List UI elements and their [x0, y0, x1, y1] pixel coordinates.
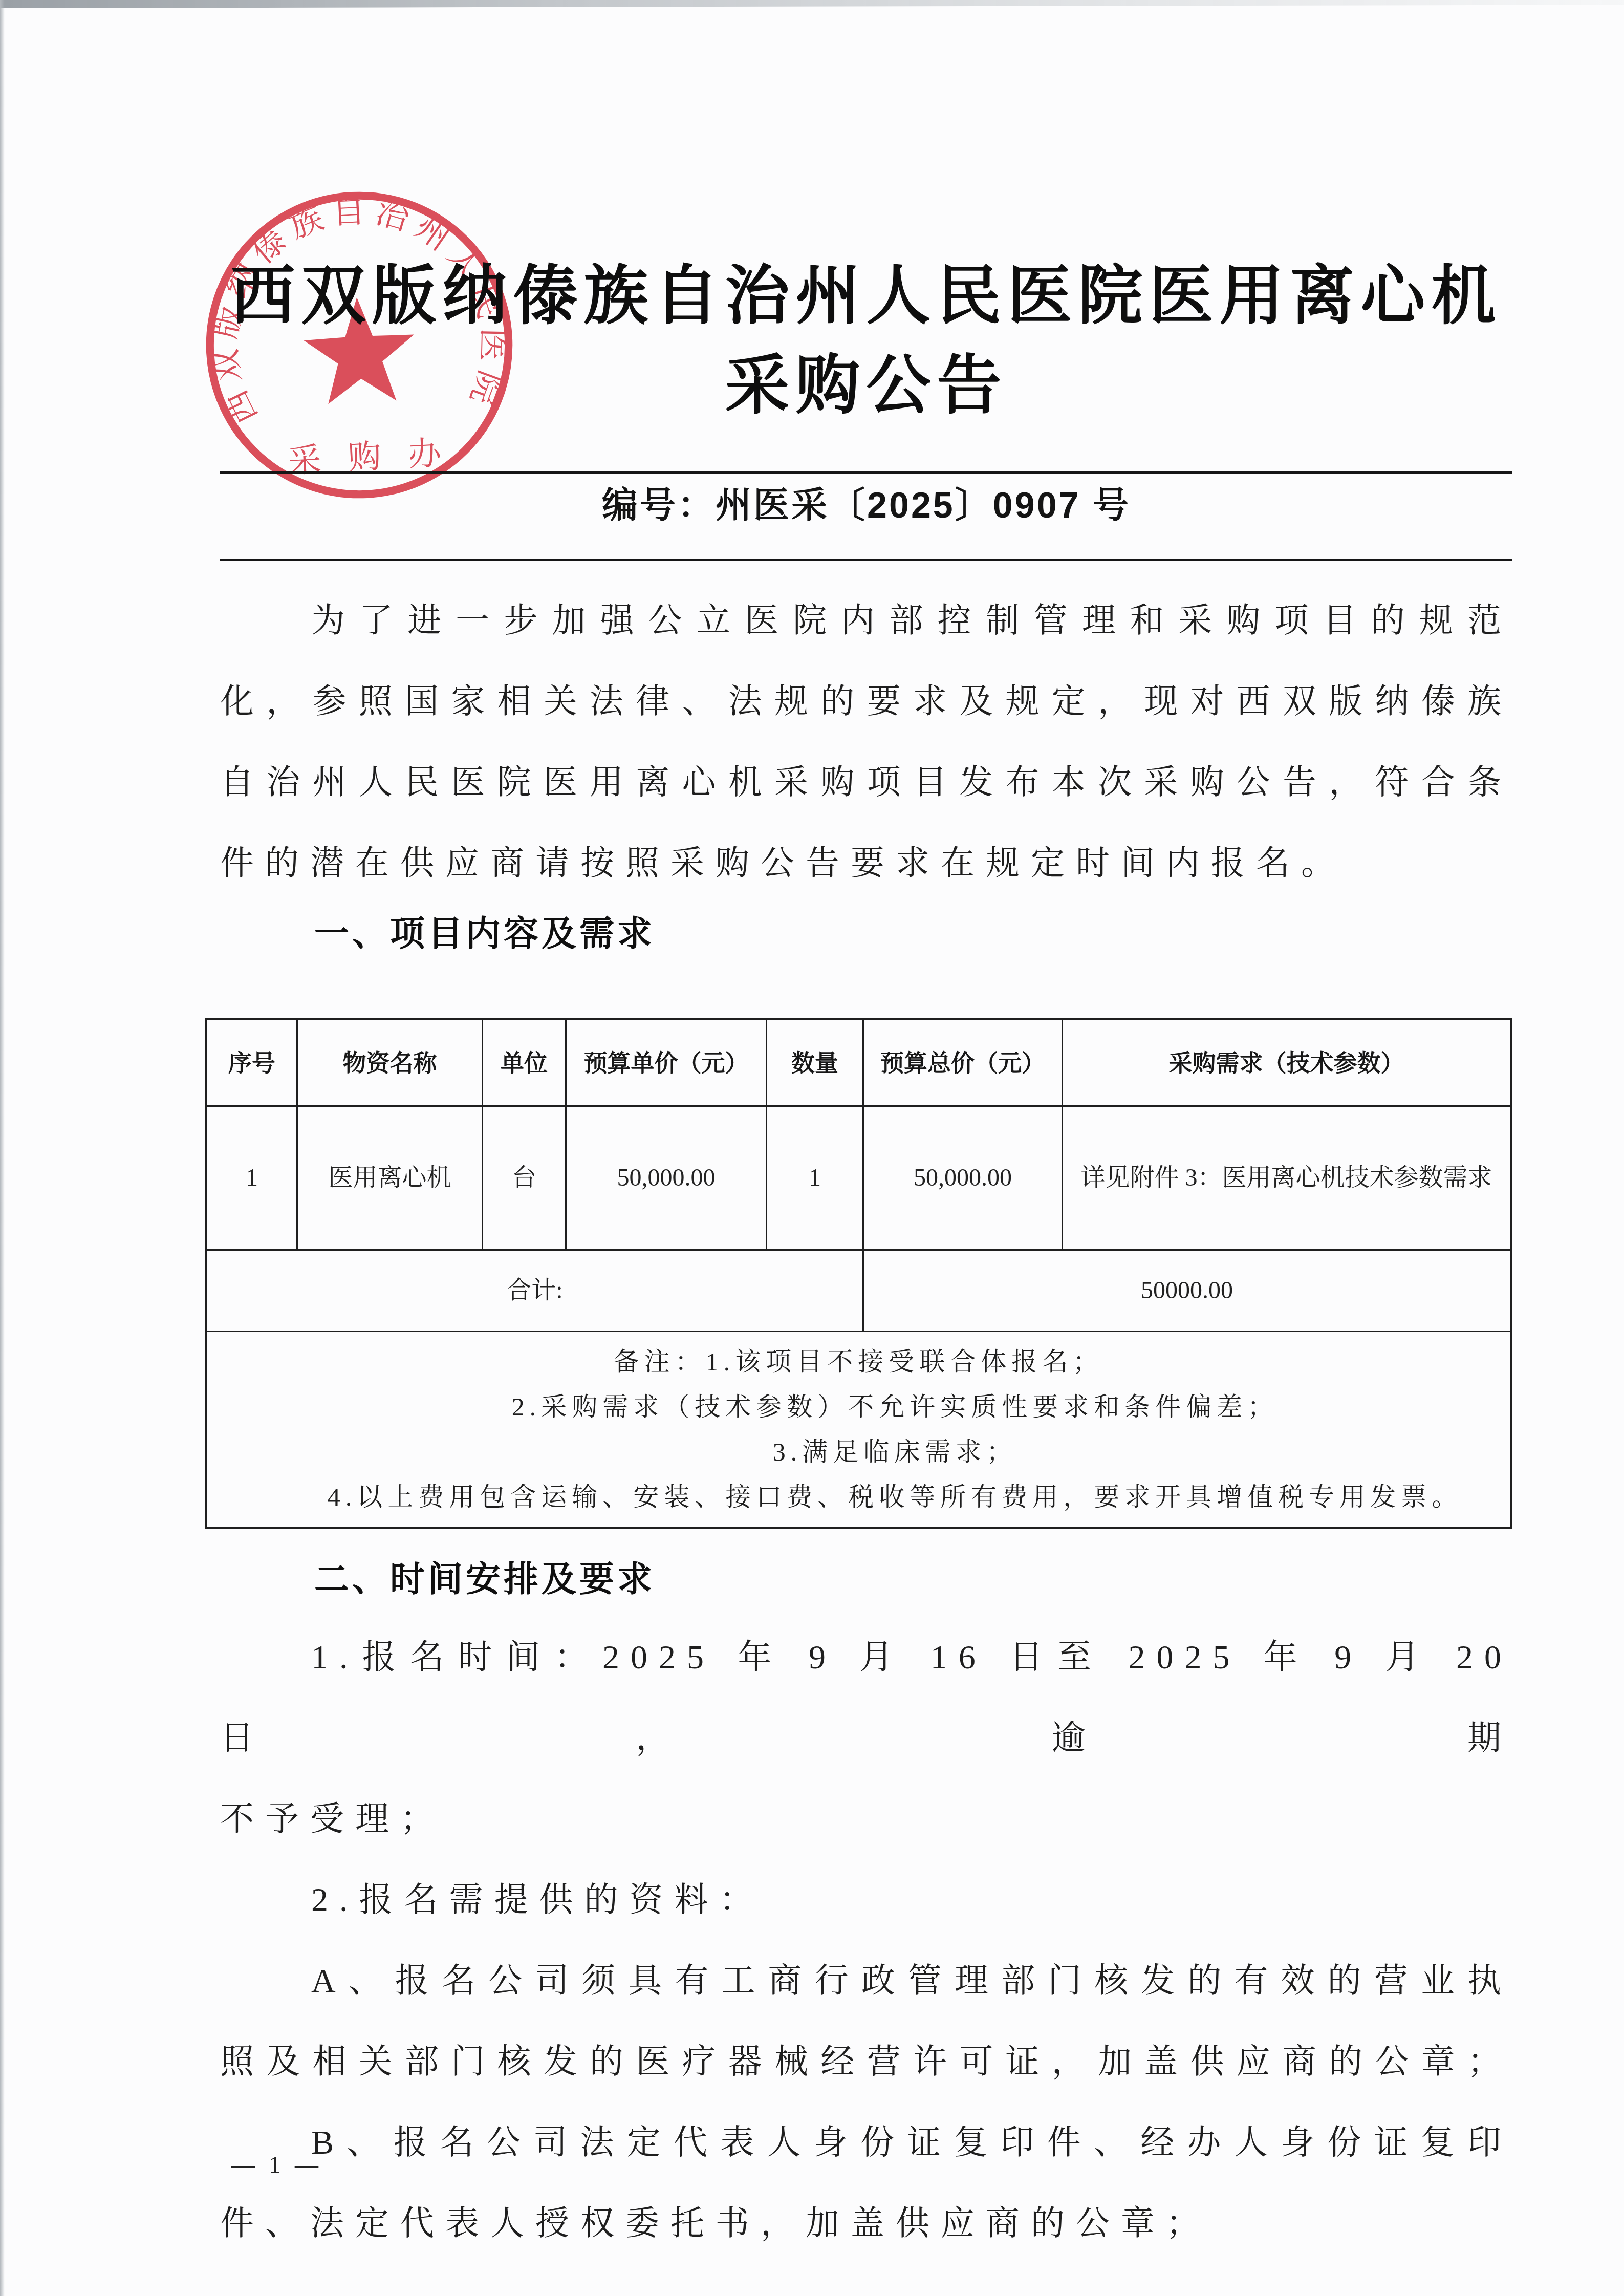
- note-item: 1.该项目不接受联合体报名；: [706, 1347, 1104, 1376]
- intro-line: 为了进一步加强公立医院内部控制管理和采购项目的规范: [220, 581, 1512, 661]
- note-line: 4.以上费用包含运输、安装、接口费、税收等所有费用，要求开具增值税专用发票。: [216, 1474, 1501, 1519]
- intro-line: 自治州人民医院医用离心机采购项目发布本次采购公告，符合条: [220, 742, 1512, 823]
- document-title: 西双版纳傣族自治州人民医院医用离心机 采购公告: [220, 252, 1512, 431]
- col-header-name: 物资名称: [297, 1019, 483, 1106]
- intro-paragraph: 为了进一步加强公立医院内部控制管理和采购项目的规范 化，参照国家相关法律、法规的…: [220, 581, 1512, 904]
- section2-line: 件、法定代表人授权委托书，加盖供应商的公章；: [220, 2183, 1512, 2264]
- col-header-unit-price: 预算单价（元）: [566, 1019, 767, 1106]
- section1-heading: 一、项目内容及需求: [220, 910, 1512, 957]
- note-line: 3.满足临床需求；: [216, 1429, 1501, 1474]
- horizontal-rule-top: [220, 471, 1512, 474]
- intro-line: 化，参照国家相关法律、法规的要求及规定，现对西双版纳傣族: [220, 661, 1512, 742]
- col-header-requirement: 采购需求（技术参数）: [1063, 1019, 1511, 1106]
- intro-line: 件的潜在供应商请按照采购公告要求在规定时间内报名。: [220, 823, 1512, 904]
- note-line: 2.采购需求（技术参数）不允许实质性要求和条件偏差；: [216, 1384, 1501, 1429]
- section2-line: B、报名公司法定代表人身份证复印件、经办人身份证复印: [220, 2102, 1512, 2183]
- document-number: 编号：州医采〔2025〕0907 号: [220, 482, 1512, 529]
- cell-unit: 台: [483, 1106, 566, 1250]
- table-header-row: 序号 物资名称 单位 预算单价（元） 数量 预算总价（元） 采购需求（技术参数）: [206, 1019, 1511, 1106]
- section2-line: 照及相关部门核发的医疗器械经营许可证，加盖供应商的公章；: [220, 2022, 1512, 2102]
- col-header-qty: 数量: [767, 1019, 863, 1106]
- title-line1: 西双版纳傣族自治州人民医院医用离心机: [231, 261, 1502, 332]
- section2-heading: 二、时间安排及要求: [220, 1556, 1512, 1603]
- document-content: 西双版纳傣族自治州人民医院医用离心机 采购公告 编号：州医采〔2025〕0907…: [0, 0, 1624, 2264]
- table-total-row: 合计: 50000.00: [206, 1250, 1511, 1332]
- notes-cell: 备注：1.该项目不接受联合体报名； 2.采购需求（技术参数）不允许实质性要求和条…: [206, 1332, 1511, 1528]
- cell-name: 医用离心机: [297, 1106, 483, 1250]
- cell-seq: 1: [206, 1106, 297, 1250]
- notes-label: 备注：: [614, 1347, 706, 1376]
- horizontal-rule-bottom: [220, 559, 1512, 561]
- cell-requirement: 详见附件 3：医用离心机技术参数需求: [1063, 1106, 1511, 1250]
- cell-total-price: 50,000.00: [863, 1106, 1063, 1250]
- section2-line: 2.报名需提供的资料：: [220, 1860, 1512, 1941]
- total-label: 合计:: [206, 1250, 863, 1332]
- section2-line: 不予受理；: [220, 1779, 1512, 1860]
- cell-qty: 1: [767, 1106, 863, 1250]
- items-table: 序号 物资名称 单位 预算单价（元） 数量 预算总价（元） 采购需求（技术参数）…: [205, 1018, 1512, 1529]
- page-number: — 1 —: [231, 2151, 322, 2178]
- total-value: 50000.00: [863, 1250, 1511, 1332]
- section2-paragraphs: 1.报名时间：2025 年 9 月 16 日至 2025 年 9 月 20 日，…: [220, 1617, 1512, 2264]
- col-header-unit: 单位: [483, 1019, 566, 1106]
- col-header-seq: 序号: [206, 1019, 297, 1106]
- table-notes-row: 备注：1.该项目不接受联合体报名； 2.采购需求（技术参数）不允许实质性要求和条…: [206, 1332, 1511, 1528]
- section2-line: 1.报名时间：2025 年 9 月 16 日至 2025 年 9 月 20 日，…: [220, 1617, 1512, 1779]
- title-line2: 采购公告: [725, 351, 1008, 422]
- scanned-document-page: 西双版纳傣族自治州人民医院 采购办 西双版纳傣族自治州人民医院医用离心机 采购公…: [0, 0, 1624, 2296]
- note-line: 备注：1.该项目不接受联合体报名；: [216, 1339, 1501, 1384]
- table-row: 1 医用离心机 台 50,000.00 1 50,000.00 详见附件 3：医…: [206, 1106, 1511, 1250]
- cell-unit-price: 50,000.00: [566, 1106, 767, 1250]
- section2-line: A、报名公司须具有工商行政管理部门核发的有效的营业执: [220, 1941, 1512, 2022]
- col-header-total-price: 预算总价（元）: [863, 1019, 1063, 1106]
